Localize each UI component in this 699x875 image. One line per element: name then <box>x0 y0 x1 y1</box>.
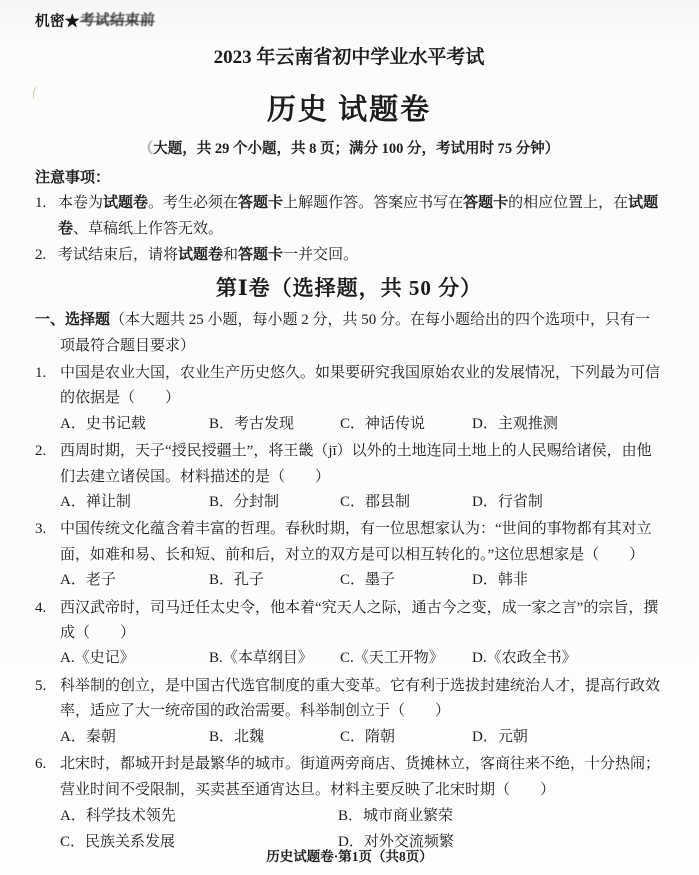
notice-2-seg-bold: 答题卡 <box>238 247 283 263</box>
question-1: 1. 中国是农业大国，农业生产历史悠久。如果要研究我国原始农业的发展情况，下列最… <box>35 361 663 437</box>
question-2-stem: 西周时期，天子“授民授疆土”，将王畿（jī）以外的土地连同土地上的人民赐给诸侯，… <box>60 439 663 490</box>
question-5-number: 5. <box>35 674 60 750</box>
question-1-option-d: D．主观推测 <box>472 412 663 437</box>
question-2-options: A．禅让制 B．分封制 C．郡县制 D．行省制 <box>60 490 663 515</box>
question-2-option-a: A．禅让制 <box>60 490 209 515</box>
question-3: 3. 中国传统文化蕴含着丰富的哲理。春秋时期，有一位思想家认为：“世间的事物都有… <box>35 517 663 593</box>
question-1-number: 1. <box>35 361 60 437</box>
notice-1-seg-bold: 试题卷 <box>103 195 148 211</box>
section-1-title: 第Ⅰ卷（选择题，共 50 分） <box>35 273 663 304</box>
question-6-stem: 北宋时，都城开封是最繁华的城市。街道两旁商店、货摊林立，客商往来不绝，十分热闹；… <box>60 752 663 803</box>
question-6: 6. 北宋时，都城开封是最繁华的城市。街道两旁商店、货摊林立，客商往来不绝，十分… <box>35 752 663 856</box>
question-2-option-c: C．郡县制 <box>340 490 472 515</box>
question-5: 5. 科举制的创立，是中国古代选官制度的重大变革。它有利于选拔封建统治人才，提高… <box>35 674 663 750</box>
confidential-stamp: 机密★考试结束前 <box>35 10 663 30</box>
question-1-options: A．史书记载 B．考古发现 C．神话传说 D．主观推测 <box>60 412 663 437</box>
question-1-option-c: C．神话传说 <box>340 412 472 437</box>
question-5-option-b: B．北魏 <box>209 725 340 750</box>
question-5-body: 科举制的创立，是中国古代选官制度的重大变革。它有利于选拔封建统治人才，提高行政效… <box>60 674 663 750</box>
notice-1-seg: 。考生必须在 <box>148 195 238 211</box>
exam-info-line: （大题，共 29 个小题，共 8 页；满分 100 分，考试用时 75 分钟） <box>35 138 663 160</box>
question-6-option-a: A．科学技术领先 <box>60 803 338 830</box>
confidential-stamp-prefix: 机密★ <box>35 14 80 30</box>
notice-1-seg-bold: 答题卡 <box>463 195 508 211</box>
notice-item-2: 2. 考试结束后，请将试题卷和答题卡一并交回。 <box>35 242 663 268</box>
notice-1-seg: 上解题作答。答案应书写在 <box>283 195 463 211</box>
question-3-option-a: A．老子 <box>60 568 209 593</box>
question-5-stem: 科举制的创立，是中国古代选官制度的重大变革。它有利于选拔封建统治人才，提高行政效… <box>60 674 663 725</box>
question-4: 4. 西汉武帝时，司马迁任太史令，他本着“究天人之际，通古今之变，成一家之言”的… <box>35 596 663 672</box>
confidential-stamp-suffix: 考试结束前 <box>79 9 155 30</box>
question-4-stem: 西汉武帝时，司马迁任太史令，他本着“究天人之际，通古今之变，成一家之言”的宗旨，… <box>60 596 663 647</box>
question-2: 2. 西周时期，天子“授民授疆土”，将王畿（jī）以外的土地连同土地上的人民赐给… <box>35 439 663 515</box>
section-1-intro-lead: 一、选择题 <box>35 312 110 328</box>
exam-title: 2023 年云南省初中学业水平考试 <box>35 45 663 71</box>
notice-item-2-number: 2. <box>35 242 58 268</box>
question-1-option-b: B．考古发现 <box>209 412 340 437</box>
paper-title: 历史 试题卷 <box>35 91 663 129</box>
section-1-intro-rest: （本大题共 25 小题，每小题 2 分，共 50 分。在每小题给出的四个选项中，… <box>60 312 650 354</box>
notice-item-2-text: 考试结束后，请将试题卷和答题卡一并交回。 <box>58 242 663 268</box>
question-5-options: A．秦朝 B．北魏 C．隋朝 D．元朝 <box>60 725 663 750</box>
question-3-option-b: B．孔子 <box>209 568 340 593</box>
notice-2-seg: 考试结束后，请将 <box>58 247 178 263</box>
notice-2-seg-bold: 试题卷 <box>178 247 223 263</box>
question-2-body: 西周时期，天子“授民授疆土”，将王畿（jī）以外的土地连同土地上的人民赐给诸侯，… <box>60 439 663 515</box>
question-3-stem: 中国传统文化蕴含着丰富的哲理。春秋时期，有一位思想家认为：“世间的事物都有其对立… <box>60 517 663 568</box>
question-1-body: 中国是农业大国，农业生产历史悠久。如果要研究我国原始农业的发展情况，下列最为可信… <box>60 361 663 437</box>
notice-2-seg: 和 <box>223 247 238 263</box>
notice-item-1-text: 本卷为试题卷。考生必须在答题卡上解题作答。答案应书写在答题卡的相应位置上，在试题… <box>58 190 663 242</box>
question-4-option-c: C.《天工开物》 <box>340 646 472 671</box>
page-footer-label: 历史试题卷·第1页（共8页） <box>0 845 699 865</box>
question-1-stem: 中国是农业大国，农业生产历史悠久。如果要研究我国原始农业的发展情况，下列最为可信… <box>60 361 663 412</box>
notice-item-1-number: 1. <box>35 190 58 242</box>
section-1-intro: 一、选择题（本大题共 25 小题，每小题 2 分，共 50 分。在每小题给出的四… <box>35 307 663 359</box>
notice-1-seg-bold: 答题卡 <box>238 195 283 211</box>
question-5-option-c: C．隋朝 <box>340 725 472 750</box>
question-3-option-c: C．墨子 <box>340 568 472 593</box>
question-6-option-b: B．城市商业繁荣 <box>338 803 663 830</box>
question-5-option-d: D．元朝 <box>472 725 663 750</box>
question-4-options: A.《史记》 B.《本草纲目》 C.《天工开物》 D.《农政全书》 <box>60 646 663 671</box>
notice-1-seg: 的相应位置上，在 <box>508 195 628 211</box>
question-2-number: 2. <box>35 439 60 515</box>
exam-paper-page: 机密★考试结束前 2023 年云南省初中学业水平考试 历史 试题卷 （大题，共 … <box>0 0 699 875</box>
question-4-number: 4. <box>35 596 60 672</box>
notice-1-seg: 、草稿纸上作答无效。 <box>73 221 223 237</box>
question-3-number: 3. <box>35 517 60 593</box>
question-6-number: 6. <box>35 752 60 856</box>
question-2-option-b: B．分封制 <box>209 490 340 515</box>
question-4-option-a: A.《史记》 <box>60 646 209 671</box>
question-3-options: A．老子 B．孔子 C．墨子 D．韩非 <box>60 568 663 593</box>
exam-info-faded-lead: （ <box>139 141 154 157</box>
question-2-option-d: D．行省制 <box>472 490 663 515</box>
question-1-option-a: A．史书记载 <box>60 412 209 437</box>
exam-info-text: 大题，共 29 个小题，共 8 页；满分 100 分，考试用时 75 分钟） <box>153 141 559 157</box>
question-3-body: 中国传统文化蕴含着丰富的哲理。春秋时期，有一位思想家认为：“世间的事物都有其对立… <box>60 517 663 593</box>
question-4-option-d: D.《农政全书》 <box>472 646 663 671</box>
question-4-body: 西汉武帝时，司马迁任太史令，他本着“究天人之际，通古今之变，成一家之言”的宗旨，… <box>60 596 663 672</box>
notice-item-1: 1. 本卷为试题卷。考生必须在答题卡上解题作答。答案应书写在答题卡的相应位置上，… <box>35 190 663 242</box>
question-6-body: 北宋时，都城开封是最繁华的城市。街道两旁商店、货摊林立，客商往来不绝，十分热闹；… <box>60 752 663 856</box>
question-4-option-b: B.《本草纲目》 <box>209 646 340 671</box>
notice-heading: 注意事项： <box>35 166 663 190</box>
notice-2-seg: 一并交回。 <box>283 247 358 263</box>
question-3-option-d: D．韩非 <box>472 568 663 593</box>
notice-1-seg: 本卷为 <box>58 195 103 211</box>
question-5-option-a: A．秦朝 <box>60 725 209 750</box>
